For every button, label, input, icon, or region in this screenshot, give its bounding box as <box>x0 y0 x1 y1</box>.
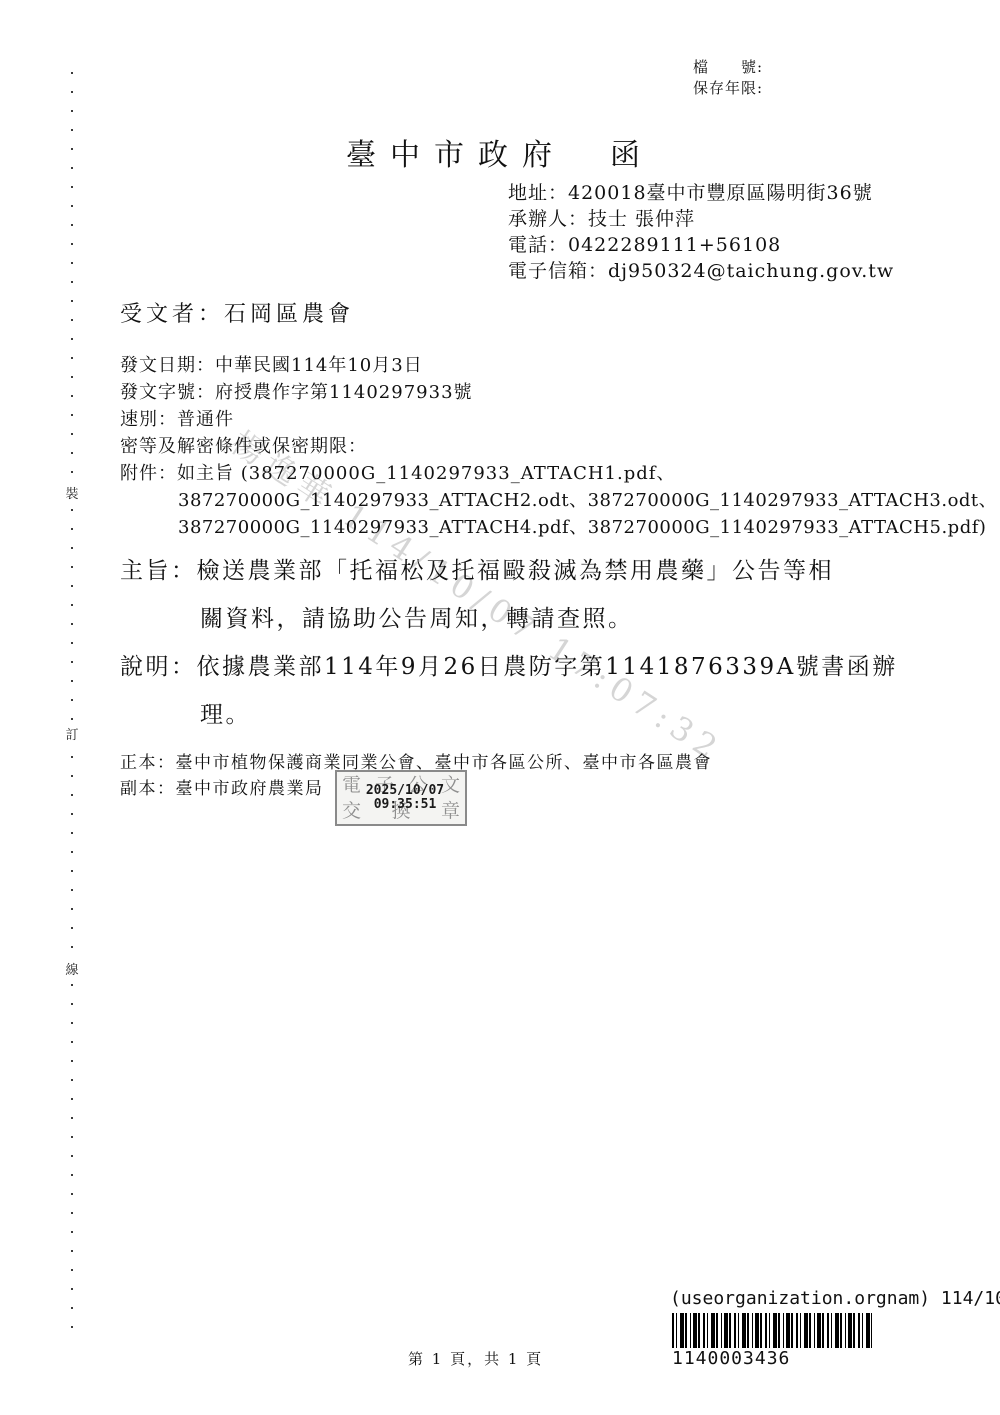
sender-info: 地址：420018臺中市豐原區陽明街36號 承辦人：技士 張仲萍 電話：0422… <box>508 180 894 284</box>
page-number-footer: 第 1 頁，共 1 頁 <box>408 1348 543 1369</box>
subject-line-2: 關資料，請協助公告周知，轉請查照。 <box>200 600 634 633</box>
attachment-line-1: 附件：如主旨 (387270000G_1140297933_ATTACH1.pd… <box>120 460 997 487</box>
retention-label: 保存年限: <box>693 78 763 99</box>
stamp-date: 2025/10/07 <box>345 784 465 798</box>
sender-address: 地址：420018臺中市豐原區陽明街36號 <box>508 180 894 206</box>
sender-officer: 承辦人：技士 張仲萍 <box>508 206 894 232</box>
file-number-label: 檔 號: <box>693 57 763 78</box>
explanation-line-1: 說明：依據農業部114年9月26日農防字第1141876339A號書函辦 <box>120 648 898 681</box>
barcode-number: 1140003436 <box>672 1348 790 1369</box>
document-title: 臺中市政府 函 <box>0 130 1000 174</box>
attachment-line-2: 387270000G_1140297933_ATTACH2.odt、387270… <box>120 487 997 514</box>
binding-mark-xian: 線 <box>60 957 84 980</box>
sender-email: 電子信箱：dj950324@taichung.gov.tw <box>508 258 894 284</box>
stamp-time-value: 09:35:51 <box>345 798 465 812</box>
attachment-line-3: 387270000G_1140297933_ATTACH4.pdf、387270… <box>120 514 997 541</box>
security-line: 密等及解密條件或保密期限： <box>120 433 997 460</box>
official-letter-page: 裝 訂 線 檔 號: 保存年限: 臺中市政府 函 地址：420018臺中市豐原區… <box>0 0 1000 1415</box>
copy-cc-line: 副本：臺中市政府農業局 <box>120 774 324 799</box>
barcode <box>672 1313 872 1348</box>
document-meta: 發文日期：中華民國114年10月3日 發文字號：府授農作字第1140297933… <box>120 352 997 541</box>
issue-date-line: 發文日期：中華民國114年10月3日 <box>120 352 997 379</box>
binding-mark-zhuang: 裝 <box>60 481 84 504</box>
binding-mark-ding: 訂 <box>60 722 84 745</box>
archive-labels: 檔 號: 保存年限: <box>693 57 763 99</box>
doc-number-line: 發文字號：府授農作字第1140297933號 <box>120 379 997 406</box>
explanation-line-2: 理。 <box>200 696 251 729</box>
priority-line: 速別：普通件 <box>120 406 997 433</box>
electronic-exchange-stamp: 電子公文 交換章 2025/10/07 09:35:51 <box>335 770 467 826</box>
binding-dotted-line <box>71 72 73 1340</box>
sender-phone: 電話：0422289111+56108 <box>508 232 894 258</box>
recipient-line: 受文者：石岡區農會 <box>120 297 354 328</box>
subject-line-1: 主旨：檢送農業部「托福松及托福毆殺滅為禁用農藥」公告等相 <box>120 552 834 585</box>
stamp-timestamp: 2025/10/07 09:35:51 <box>345 784 465 812</box>
organization-footer-line: (useorganization.orgnam) 114/10/0 <box>670 1288 1000 1309</box>
